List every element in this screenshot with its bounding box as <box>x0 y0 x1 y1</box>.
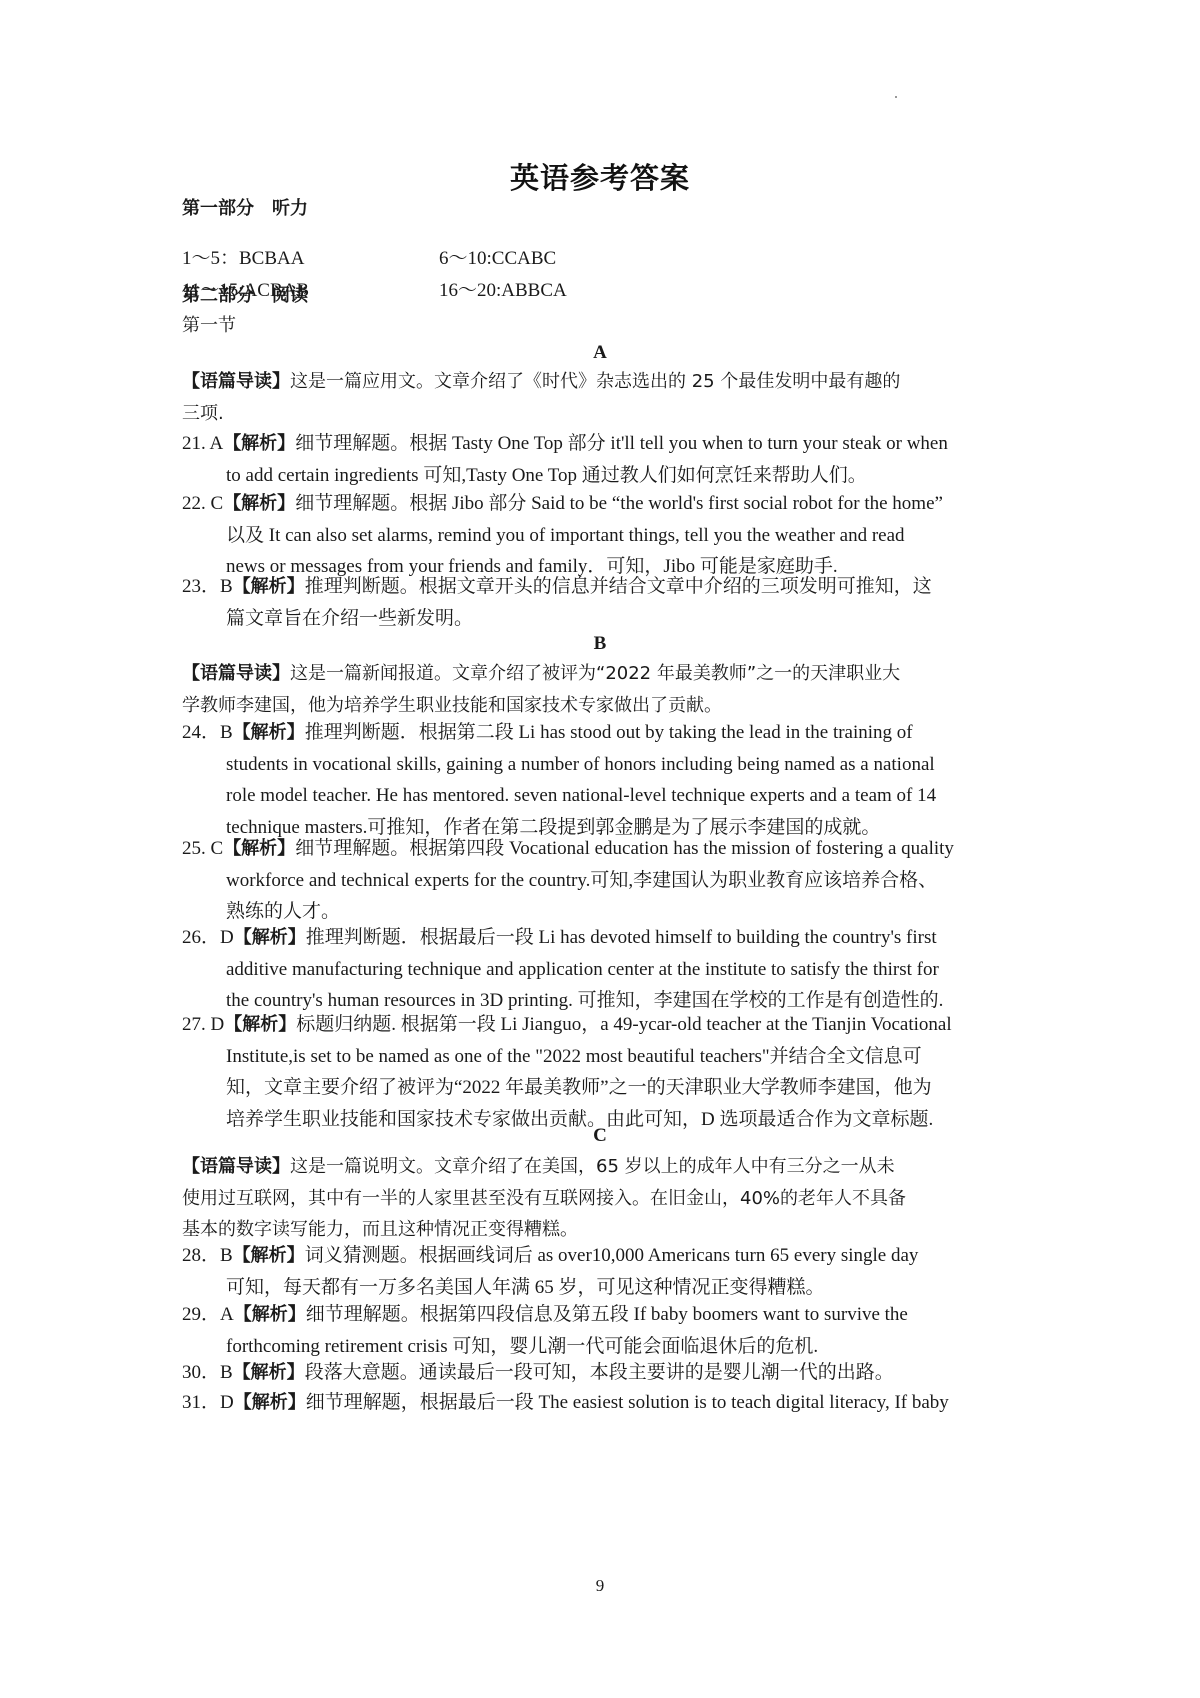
passage-a-intro: 【语篇导读】这是一篇应用文。文章介绍了《时代》杂志选出的 25 个最佳发明中最有… <box>182 366 1022 429</box>
passage-label-b: B <box>0 633 1200 655</box>
answer-item-22: 22. C【解析】细节理解题。根据 Jibo 部分 Said to be “th… <box>182 488 1022 583</box>
answer-item-27: 27. D【解析】标题归纳题. 根据第一段 Li Jianguo，a 49-yc… <box>182 1009 1022 1135</box>
passage-label-a: A <box>0 342 1200 364</box>
answer-item-28: 28．B【解析】词义猜测题。根据画线词后 as over10,000 Ameri… <box>182 1240 1022 1303</box>
part2-heading: 第二部分 阅读 <box>182 283 308 309</box>
page-title: 英语参考答案 <box>0 156 1200 197</box>
part1-heading: 第一部分 听力 <box>182 196 308 222</box>
intro-tag: 【语篇导读】 <box>182 1156 290 1177</box>
answer-item-26: 26．D【解析】推理判断题．根据最后一段 Li has devoted hims… <box>182 922 1022 1017</box>
answer-item-23: 23．B【解析】推理判断题。根据文章开头的信息并结合文章中介绍的三项发明可推知，… <box>182 571 1022 634</box>
intro-tag: 【语篇导读】 <box>182 663 290 684</box>
passage-c-intro: 【语篇导读】这是一篇说明文。文章介绍了在美国，65 岁以上的成年人中有三分之一从… <box>182 1151 1022 1246</box>
answer-item-25: 25. C【解析】细节理解题。根据第四段 Vocational educatio… <box>182 833 1022 928</box>
answer-item-24: 24．B【解析】推理判断题．根据第二段 Li has stood out by … <box>182 717 1022 843</box>
answer-item-31: 31．D【解析】细节理解题，根据最后一段 The easiest solutio… <box>182 1387 1022 1419</box>
scan-speck <box>895 96 897 98</box>
answer-range: 1～5：BCBAA <box>182 243 439 275</box>
answer-key-page: 英语参考答案 第一部分 听力 1～5：BCBAA 6～10:CCABC 11～1… <box>0 0 1200 1698</box>
answer-item-29: 29．A【解析】细节理解题。根据第四段信息及第五段 If baby boomer… <box>182 1299 1022 1362</box>
passage-b-intro: 【语篇导读】这是一篇新闻报道。文章介绍了被评为“2022 年最美教师”之一的天津… <box>182 658 1022 721</box>
answer-item-21: 21. A【解析】细节理解题。根据 Tasty One Top 部分 it'll… <box>182 428 1022 491</box>
section-label: 第一节 <box>182 313 236 339</box>
intro-tag: 【语篇导读】 <box>182 371 290 392</box>
answer-range: 6～10:CCABC <box>439 243 556 275</box>
answer-range: 16～20:ABBCA <box>439 275 567 307</box>
answer-row: 1～5：BCBAA 6～10:CCABC <box>182 243 567 275</box>
answer-item-30: 30．B【解析】段落大意题。通读最后一段可知，本段主要讲的是婴儿潮一代的出路。 <box>182 1357 1022 1389</box>
page-number: 9 <box>0 1576 1200 1596</box>
passage-label-c: C <box>0 1125 1200 1147</box>
